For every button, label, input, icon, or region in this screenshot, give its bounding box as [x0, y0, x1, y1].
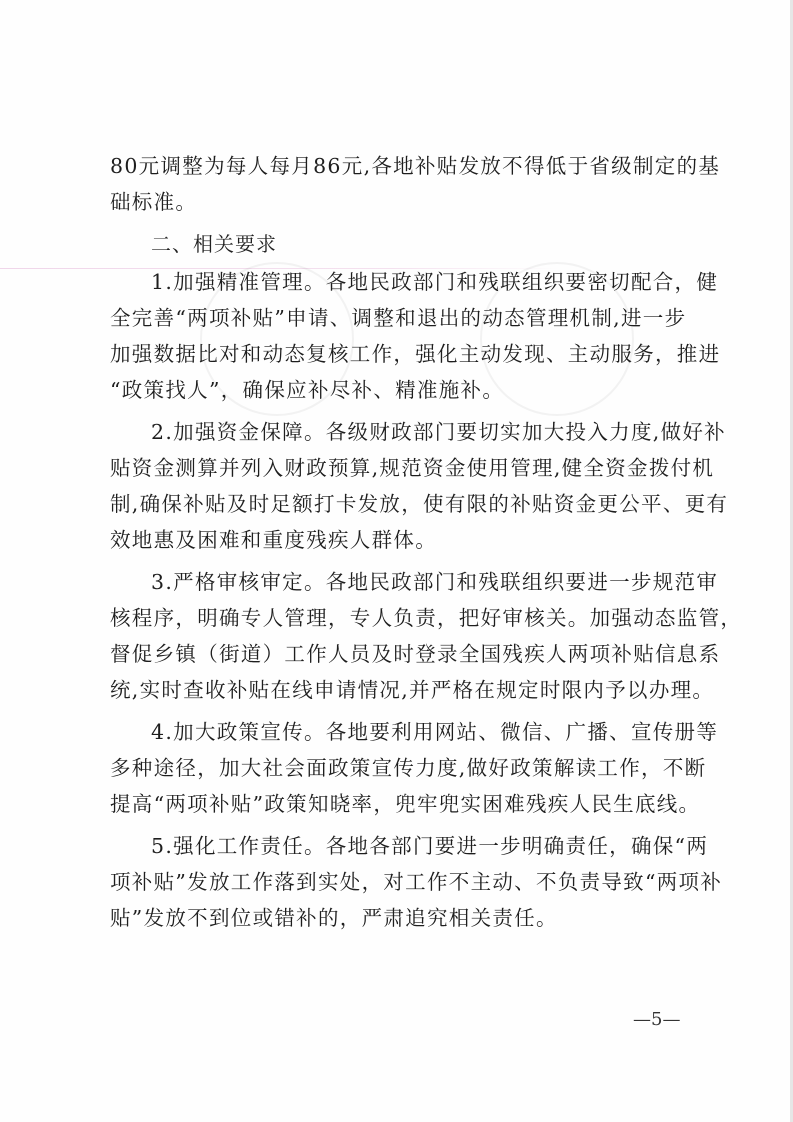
section-heading: 二、相关要求 [110, 226, 686, 264]
document-body: 80元调整为每人每月86元,各地补贴发放不得低于省级制定的基 础标准。 二、相关… [110, 148, 686, 936]
paragraph-3: 3.严格审核审定。各地民政部门和残联组织要进一步规范审 核程序，明确专人管理，专… [110, 564, 686, 708]
text-line: 提高“两项补贴”政策知晓率，兜牢兜实困难残疾人民生底线。 [110, 786, 686, 822]
paragraph-2: 2.加强资金保障。各级财政部门要切实加大投入力度,做好补 贴资金测算并列入财政预… [110, 414, 686, 558]
text-line: 5.强化工作责任。各地各部门要进一步明确责任，确保“两 [110, 828, 686, 864]
text-line: 督促乡镇（街道）工作人员及时登录全国残疾人两项补贴信息系 [110, 636, 686, 672]
text-line: 核程序，明确专人管理，专人负责，把好审核关。加强动态监管， [110, 600, 686, 636]
text-line: 3.严格审核审定。各地民政部门和残联组织要进一步规范审 [110, 564, 686, 600]
text-line: 全完善“两项补贴”申请、调整和退出的动态管理机制,进一步 [110, 300, 686, 336]
text-line: 2.加强资金保障。各级财政部门要切实加大投入力度,做好补 [110, 414, 686, 450]
text-line: 1.加强精准管理。各地民政部门和残联组织要密切配合，健 [110, 264, 686, 300]
text-line: 制,确保补贴及时足额打卡发放，使有限的补贴资金更公平、更有 [110, 486, 686, 522]
text-line: 统,实时查收补贴在线申请情况,并严格在规定时限内予以办理。 [110, 672, 686, 708]
text-line: 贴资金测算并列入财政预算,规范资金使用管理,健全资金拨付机 [110, 450, 686, 486]
page-number: —5— [633, 1009, 680, 1030]
text-line: 80元调整为每人每月86元,各地补贴发放不得低于省级制定的基 [110, 148, 686, 184]
paragraph-5: 5.强化工作责任。各地各部门要进一步明确责任，确保“两 项补贴”发放工作落到实处… [110, 828, 686, 936]
text-line: 多种途径，加大社会面政策宣传力度,做好政策解读工作，不断 [110, 750, 686, 786]
text-line: “政策找人”，确保应补尽补、精准施补。 [110, 372, 686, 408]
text-line: 项补贴”发放工作落到实处，对工作不主动、不负责导致“两项补 [110, 864, 686, 900]
text-line: 础标准。 [110, 184, 686, 220]
text-line: 效地惠及困难和重度残疾人群体。 [110, 522, 686, 558]
text-line: 贴”发放不到位或错补的，严肃追究相关责任。 [110, 900, 686, 936]
text-line: 加强数据比对和动态复核工作，强化主动发现、主动服务，推进 [110, 336, 686, 372]
paragraph-1: 1.加强精准管理。各地民政部门和残联组织要密切配合，健 全完善“两项补贴”申请、… [110, 264, 686, 408]
paragraph-4: 4.加大政策宣传。各地要利用网站、微信、广播、宣传册等 多种途径，加大社会面政策… [110, 714, 686, 822]
document-page: 80元调整为每人每月86元,各地补贴发放不得低于省级制定的基 础标准。 二、相关… [0, 0, 793, 1122]
text-line: 4.加大政策宣传。各地要利用网站、微信、广播、宣传册等 [110, 714, 686, 750]
